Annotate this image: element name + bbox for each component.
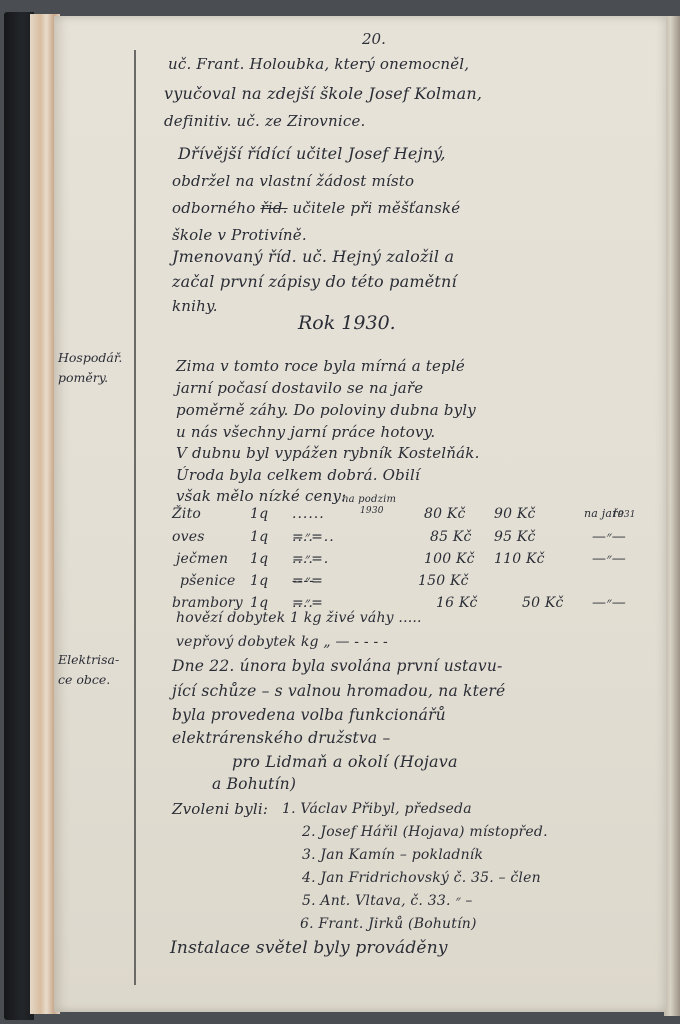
- margin-note-economy: Hospodář. poměry.: [58, 348, 134, 388]
- founder-line-1: Jmenovaný říd. uč. Hejný založil a: [172, 243, 454, 271]
- electrification-line-6: a Bohutín): [212, 770, 296, 798]
- teacher-line-3-prefix: odborného: [172, 199, 255, 217]
- teacher-line-3: odborného řid. učitele při měšťanské: [172, 194, 460, 222]
- margin-note-electrification-line-1: Elektrisa-: [58, 650, 134, 670]
- teacher-line-2: obdržel na vlastní žádost místo: [172, 167, 414, 195]
- margin-note-economy-line-2: poměry.: [58, 368, 134, 388]
- year-heading: Rok 1930.: [298, 312, 396, 334]
- book-photo: 20. uč. Frant. Holoubka, který onemocněl…: [0, 0, 680, 1024]
- facing-page-edge: [664, 16, 680, 1016]
- margin-note-electrification: Elektrisa- ce obce.: [58, 650, 134, 690]
- price-1931: 50 Kč: [522, 589, 564, 617]
- intro-line-2: vyučoval na zdejší škole Josef Kolman,: [164, 80, 482, 108]
- intro-line-3: definitiv. uč. ze Zirovnice.: [164, 107, 366, 135]
- price-1931: 110 Kč: [494, 545, 545, 573]
- intro-line-1: uč. Frant. Holoubka, který onemocněl,: [168, 50, 469, 78]
- autumn-note: na podzim: [342, 494, 396, 506]
- margin-note-electrification-line-2: ce obce.: [58, 670, 134, 690]
- margin-note-economy-line-1: Hospodář.: [58, 348, 134, 368]
- price-1930: 16 Kč: [436, 589, 478, 617]
- struck-word: řid.: [260, 199, 287, 217]
- teacher-line-3-suffix: učitele při měšťanské: [293, 199, 461, 217]
- autumn-year: 1930: [360, 506, 384, 517]
- page-number: 20.: [362, 30, 386, 48]
- closing-line: Instalace světel byly prováděny: [170, 934, 448, 962]
- spring-year: 1931: [612, 510, 636, 521]
- ditto-mark: —״—: [592, 589, 626, 617]
- electrification-line-1: Dne 22. února byla svolána první ustavu-: [172, 652, 503, 680]
- ditto-mark: —״—: [592, 545, 626, 573]
- margin-rule-line: [134, 50, 136, 985]
- teacher-line-1: Dřívější řídící učitel Josef Hejný,: [178, 140, 446, 168]
- elected-label: Zvoleni byli:: [172, 795, 268, 823]
- founder-line-3: knihy.: [172, 292, 218, 320]
